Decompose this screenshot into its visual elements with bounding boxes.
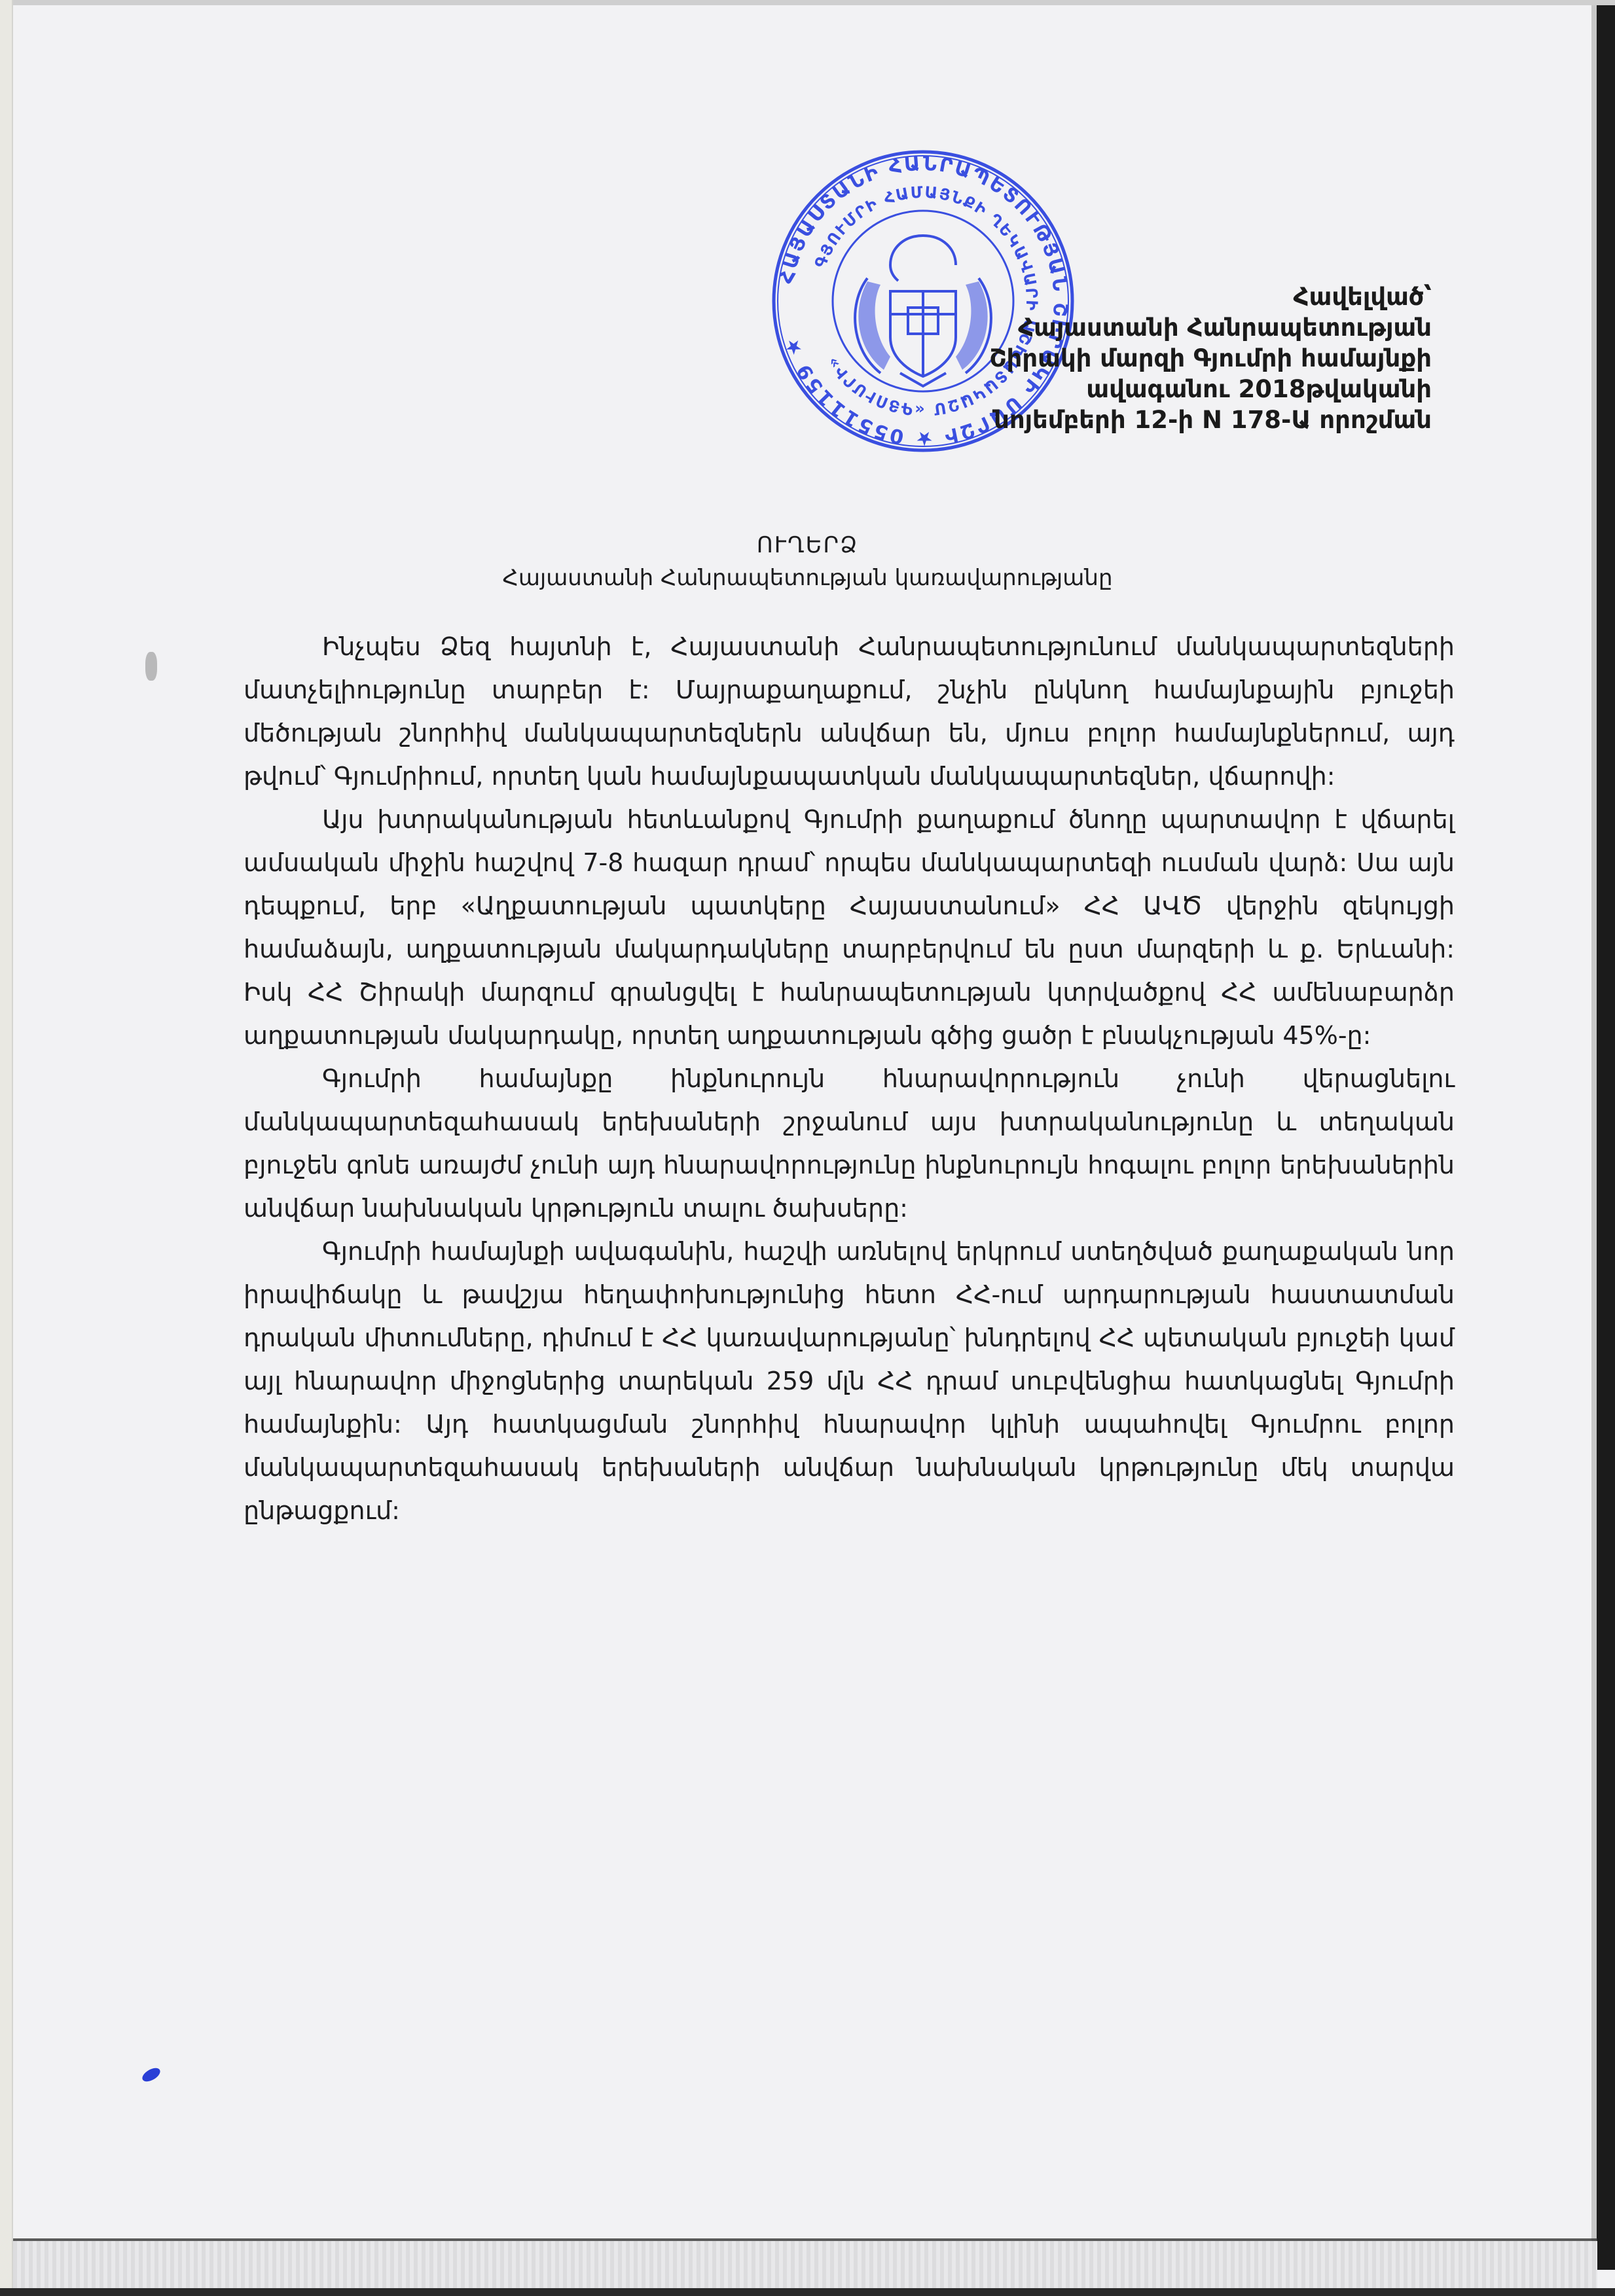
paragraph: Այս խտրականության հետևանքով Գյումրի քաղա… bbox=[244, 798, 1455, 1057]
document-subtitle: Հայաստանի Հանրապետության կառավարությանը bbox=[0, 562, 1615, 594]
paragraph: Գյումրի համայնքի ավագանին, հաշվի առնելով… bbox=[244, 1230, 1455, 1532]
scan-right-edge-shadow bbox=[1591, 5, 1597, 2270]
approval-line: Հավելված՝ bbox=[989, 281, 1432, 312]
paragraph: Ինչպես Ձեզ հայտնի է, Հայաստանի Հանրապետո… bbox=[244, 625, 1455, 798]
document-title: ՈՒՂԵՐՁ bbox=[0, 529, 1615, 562]
scan-left-edge bbox=[0, 0, 13, 2296]
title-block: ՈՒՂԵՐՁ Հայաստանի Հանրապետության կառավարո… bbox=[0, 529, 1615, 594]
scan-bottom-edge bbox=[0, 2288, 1615, 2296]
approval-line: Հայաստանի Հանրապետության bbox=[989, 312, 1432, 343]
approval-block: Հավելված՝ Հայաստանի Հանրապետության Շիրակ… bbox=[989, 281, 1432, 435]
document-body: Ինչպես Ձեզ հայտնի է, Հայաստանի Հանրապետո… bbox=[244, 625, 1455, 1532]
scan-right-edge bbox=[1597, 5, 1615, 2270]
approval-line: նոյեմբերի 12-ի N 178-Ա որոշման bbox=[989, 404, 1432, 435]
scan-top-edge bbox=[0, 0, 1615, 5]
scanned-page: ՀԱՅԱՍՏԱՆԻ ՀԱՆՐԱՊԵՏՈՒԹՅԱՆ ՇԻՐԱԿԻ ՄԱՐԶԻ ★ … bbox=[0, 0, 1615, 2296]
ink-mark bbox=[140, 2066, 162, 2085]
approval-line: Շիրակի մարզի Գյումրի համայնքի bbox=[989, 343, 1432, 374]
paragraph: Գյումրի համայնքը ինքնուրույն հնարավորութ… bbox=[244, 1057, 1455, 1230]
approval-line: ավագանու 2018թվականի bbox=[989, 374, 1432, 404]
scan-smudge bbox=[145, 652, 157, 681]
